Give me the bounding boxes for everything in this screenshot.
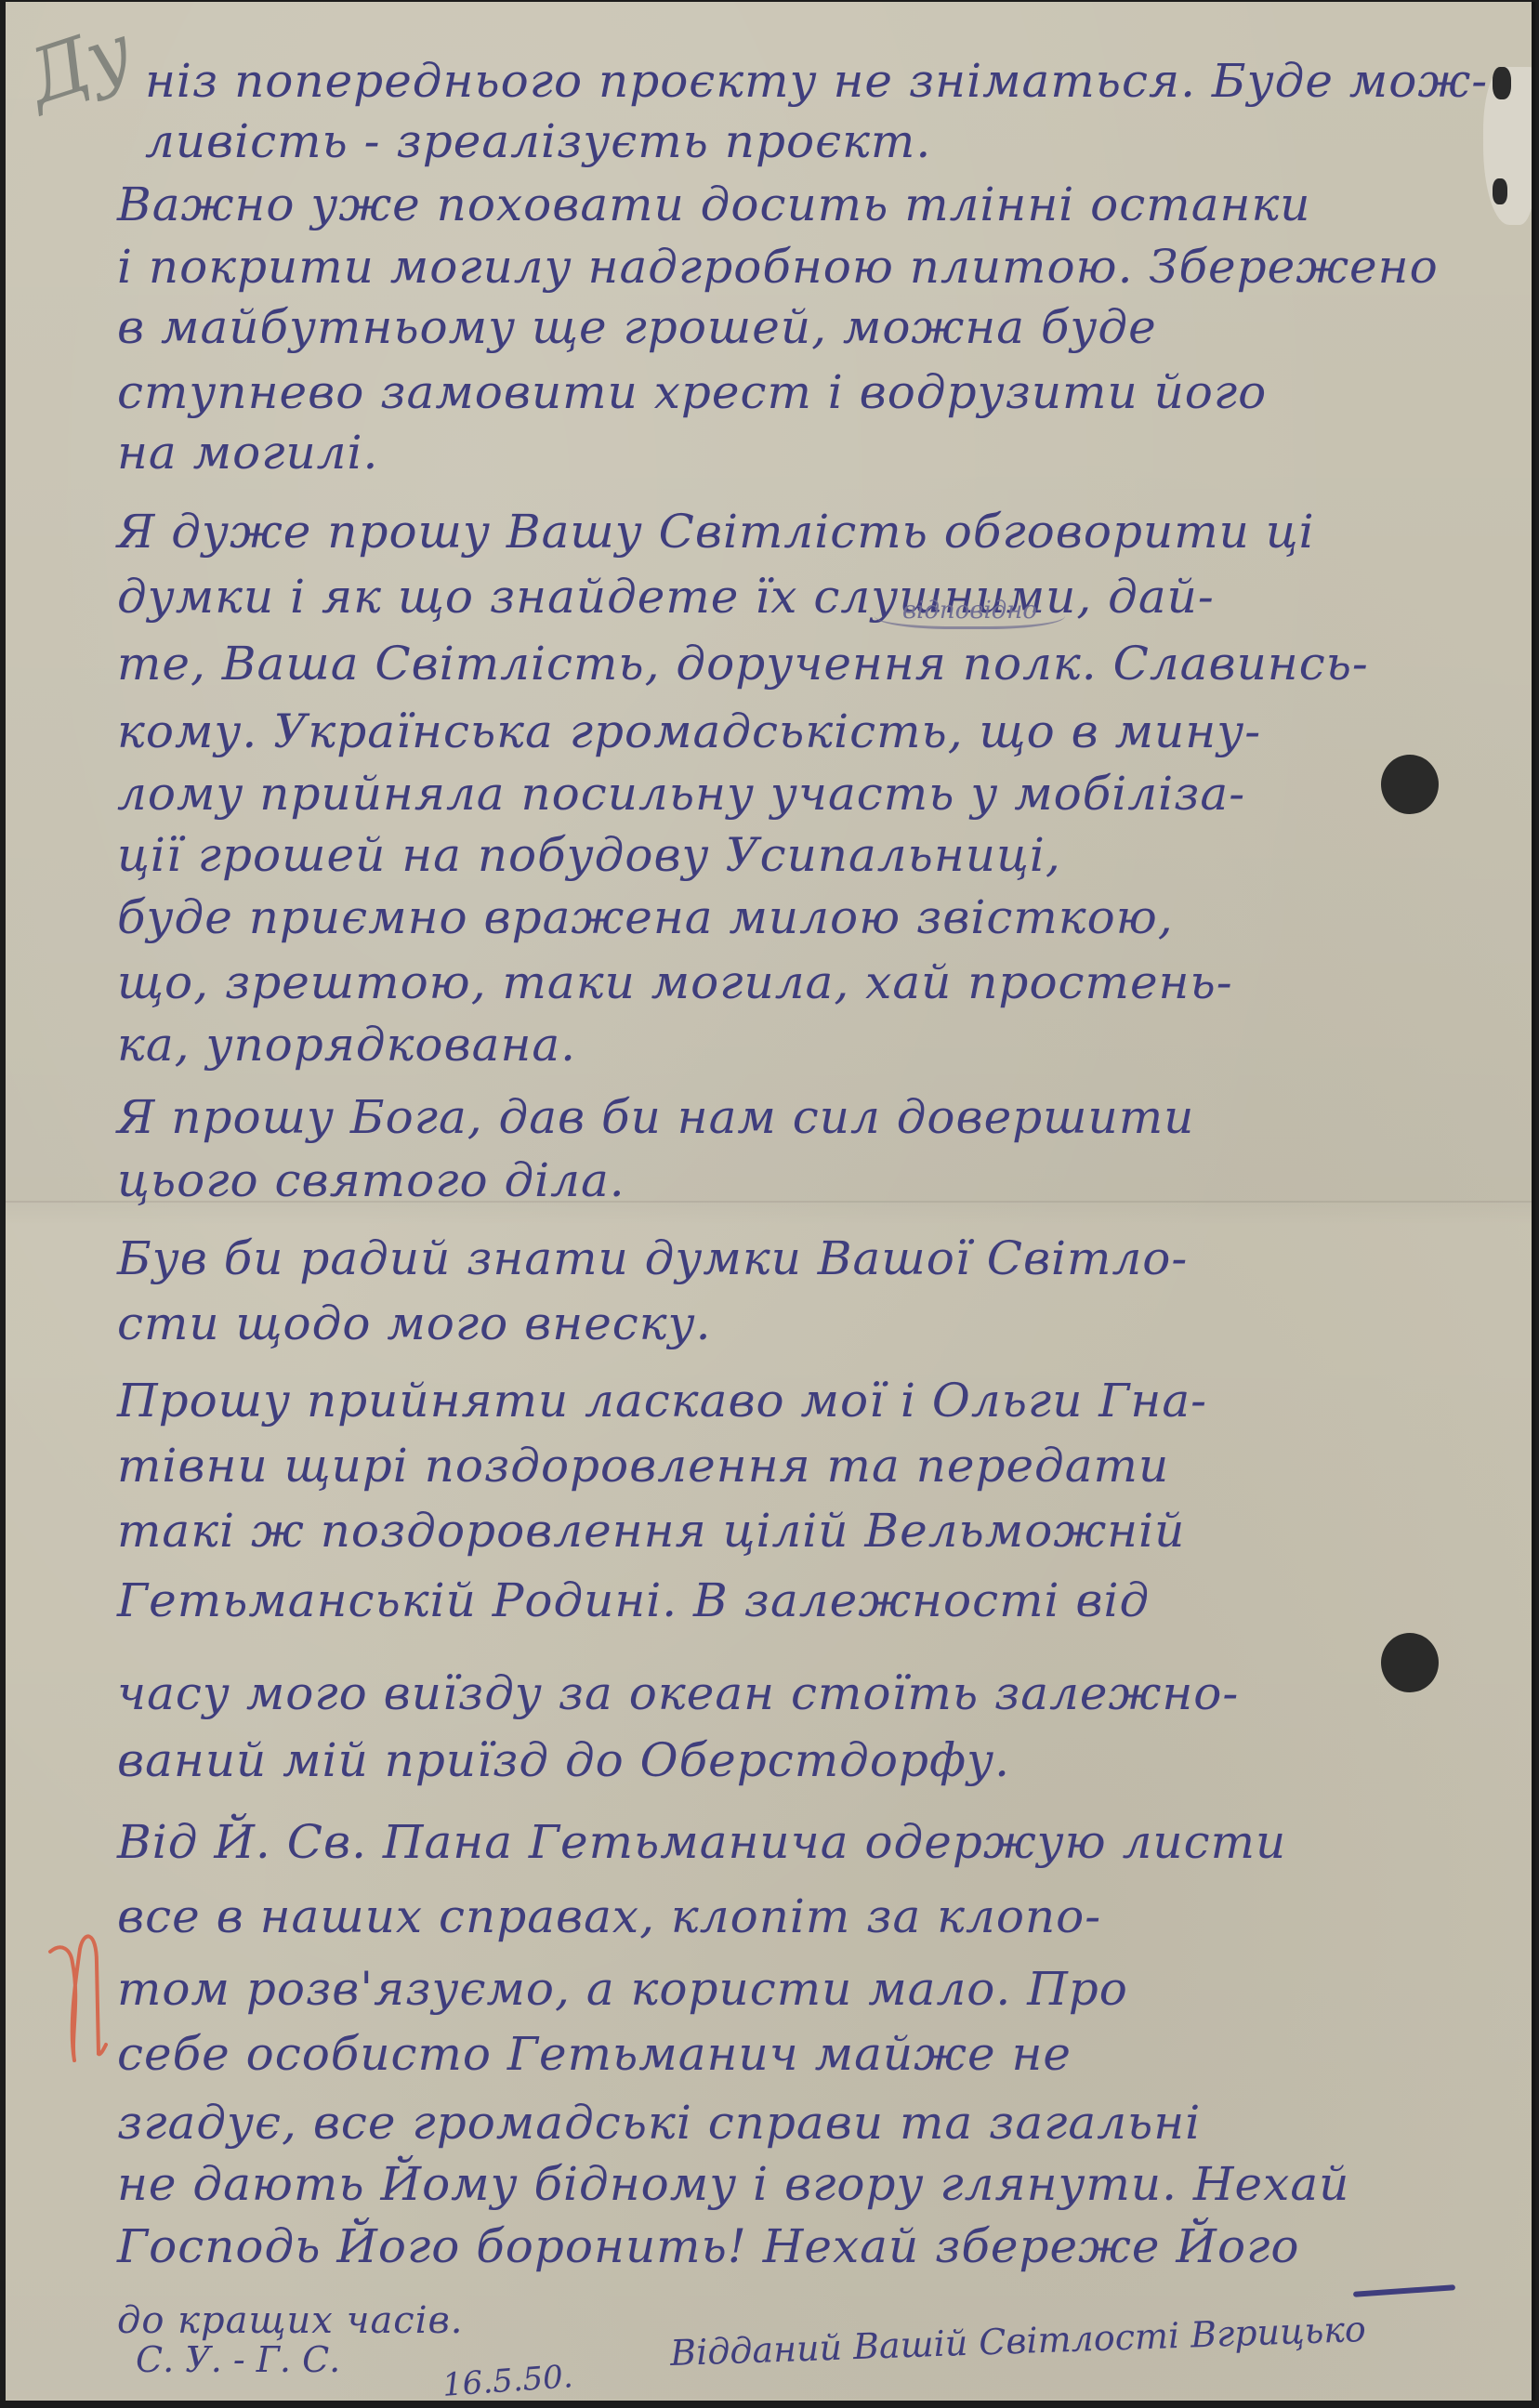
letter-line: ції грошей на побудову Усипальниці, xyxy=(117,827,1061,883)
letter-line: лому прийняла посильну участь у мобіліза… xyxy=(117,766,1245,822)
letter-line: буде приємно вражена милою звісткою, xyxy=(117,889,1174,945)
letter-line: в майбутньому ще грошей, можна буде xyxy=(117,299,1157,355)
pencil-annotation: Ду xyxy=(17,7,142,122)
letter-line: цього святого діла. xyxy=(117,1152,625,1208)
letter-line: часу мого виїзду за океан стоїть залежно… xyxy=(117,1665,1239,1721)
letter-line: Важно уже поховати досить тлінні останки xyxy=(117,177,1311,232)
initials: С. У. - Г. С. xyxy=(136,2339,340,2380)
letter-line: тівни щирі поздоровлення та передати xyxy=(117,1438,1169,1493)
letter-line: на могилі. xyxy=(117,425,378,480)
letter-line: такі ж поздоровлення цілій Вельможній xyxy=(117,1503,1185,1559)
letter-line: не дають Йому бідному і вгору глянути. Н… xyxy=(117,2156,1349,2212)
letter-line: згадує, все громадські справи та загальн… xyxy=(117,2095,1201,2151)
letter-line: що, зрештою, таки могила, хай простень- xyxy=(117,954,1233,1010)
letter-line: Господь Його боронить! Нехай збереже Йог… xyxy=(117,2218,1299,2274)
tear-shadow xyxy=(1493,178,1507,204)
letter-line: Прошу прийняти ласкаво мої і Ольги Гна- xyxy=(117,1373,1207,1428)
letter-line: і покрити могилу надгробною плитою. Збер… xyxy=(117,239,1439,295)
letter-line: кому. Українська громадськість, що в мин… xyxy=(117,704,1261,759)
punch-hole xyxy=(1381,1633,1439,1692)
interlinear-correction: відповідно xyxy=(875,597,1065,629)
letter-line: Я прошу Бога, дав би нам сил довершити xyxy=(117,1089,1194,1145)
letter-line: сти щодо мого внеску. xyxy=(117,1296,712,1351)
tear-shadow xyxy=(1493,67,1511,99)
signature-closing: Відданий Вашій Світлості Вгрицько xyxy=(669,2309,1366,2374)
letter-line: ка, упорядкована. xyxy=(117,1017,576,1072)
punch-hole xyxy=(1381,755,1439,814)
letter-line: ніз попереднього проєкту не зніматься. Б… xyxy=(145,53,1488,109)
letter-line: Був би радий знати думки Вашої Світло- xyxy=(117,1230,1188,1286)
letter-line: Гетьманській Родині. В залежності від xyxy=(117,1572,1150,1628)
letter-line: Від Й. Св. Пана Гетьманича одержую листи xyxy=(117,1814,1286,1870)
letter-line: Я дуже прошу Вашу Світлість обговорити ц… xyxy=(117,504,1315,559)
signature-flourish xyxy=(1353,2284,1455,2297)
letter-line: ваний мій приїзд до Оберстдорфу. xyxy=(117,1732,1010,1788)
letter-line: те, Ваша Світлість, доручення полк. Слав… xyxy=(117,636,1369,691)
letter-line: том розв'язуємо, а користи мало. Про xyxy=(117,1961,1128,2017)
letter-date: 16.5.50. xyxy=(441,2358,574,2404)
letter-line: все в наших справах, клопіт за клопо- xyxy=(117,1888,1101,1944)
page-edge-shadow xyxy=(1532,2,1535,2401)
red-margin-mark-icon xyxy=(43,1926,108,2065)
letter-line: ступнево замовити хрест і водрузити його xyxy=(117,364,1267,420)
letter-line: себе особисто Гетьманич майже не xyxy=(117,2026,1072,2082)
letter-page: Ду ніз попереднього проєкту не зніматься… xyxy=(6,2,1535,2401)
letter-line: ливість - зреалізуєть проєкт. xyxy=(145,113,931,169)
